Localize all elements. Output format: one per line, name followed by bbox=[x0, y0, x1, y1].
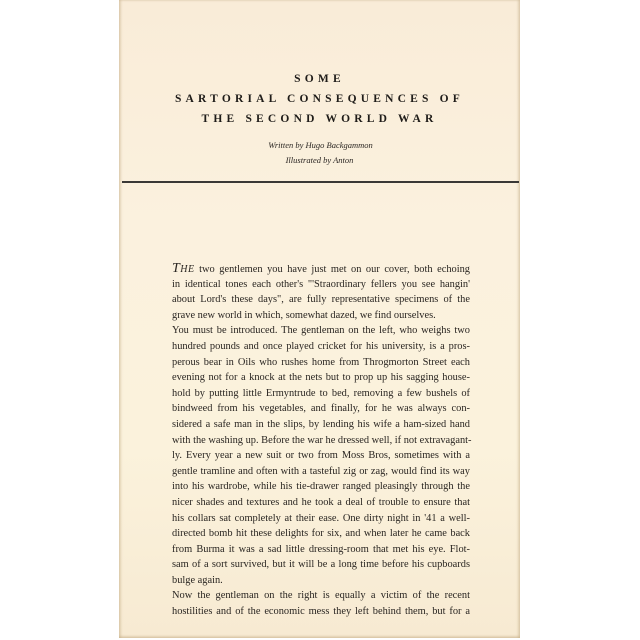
title-line-1: SOME bbox=[119, 69, 520, 89]
body-line: grave new world in which, somewhat dazed… bbox=[172, 308, 470, 324]
body-line: bulge again. bbox=[172, 573, 470, 589]
body-line: his collars sat completely at their ease… bbox=[172, 511, 470, 527]
body-line: sidered a safe man in the slips, by lend… bbox=[172, 417, 470, 433]
body-line: ly. Every year a new suit or two from Mo… bbox=[172, 448, 470, 464]
body-line: from Burma it was a sad little dressing-… bbox=[172, 542, 470, 558]
body-line: hostilities and of the economic mess the… bbox=[172, 604, 470, 620]
illustrator-byline: Illustrated by Anton bbox=[119, 155, 520, 165]
body-line: bindweed from his vegetables, and finall… bbox=[172, 401, 470, 417]
author-byline: Written by Hugo Backgammon bbox=[120, 140, 521, 150]
opening-small-caps: HE bbox=[180, 264, 194, 275]
body-line: in identical tones each other's "'Straor… bbox=[172, 277, 470, 293]
body-line: with the washing up. Before the war he d… bbox=[172, 433, 470, 449]
body-line: about Lord's these days", are fully repr… bbox=[172, 292, 470, 308]
article-title: SOME SARTORIAL CONSEQUENCES OF THE SECON… bbox=[119, 69, 520, 129]
body-line: hold by putting little Ermyntrude to bed… bbox=[172, 386, 470, 402]
title-line-3: THE SECOND WORLD WAR bbox=[119, 109, 520, 129]
body-line: THE two gentlemen you have just met on o… bbox=[172, 261, 470, 277]
body-line: sam of a sort survived, but it will be a… bbox=[172, 557, 470, 573]
body-line: evening not for a knock at the nets but … bbox=[172, 370, 470, 386]
title-line-2: SARTORIAL CONSEQUENCES OF bbox=[119, 89, 520, 109]
body-line: perous bear in Oils who rushes home from… bbox=[172, 355, 470, 371]
body-line: Now the gentleman on the right is equall… bbox=[172, 588, 470, 604]
body-line: gentle tramline and often with a tastefu… bbox=[172, 464, 470, 480]
opening-word: THE bbox=[172, 261, 195, 276]
body-line: hundred pounds and once played cricket f… bbox=[172, 339, 470, 355]
article-body: THE two gentlemen you have just met on o… bbox=[172, 261, 470, 620]
body-line: directed bomb hit these delights for six… bbox=[172, 526, 470, 542]
body-line: You must be introduced. The gentleman on… bbox=[172, 323, 470, 339]
body-line: nicer shades and textures and he took a … bbox=[172, 495, 470, 511]
body-line: into his wardrobe, while his tie-drawer … bbox=[172, 479, 470, 495]
book-page: SOME SARTORIAL CONSEQUENCES OF THE SECON… bbox=[119, 0, 520, 638]
body-line-text: two gentlemen you have just met on our c… bbox=[195, 264, 470, 275]
horizontal-rule bbox=[122, 181, 519, 183]
